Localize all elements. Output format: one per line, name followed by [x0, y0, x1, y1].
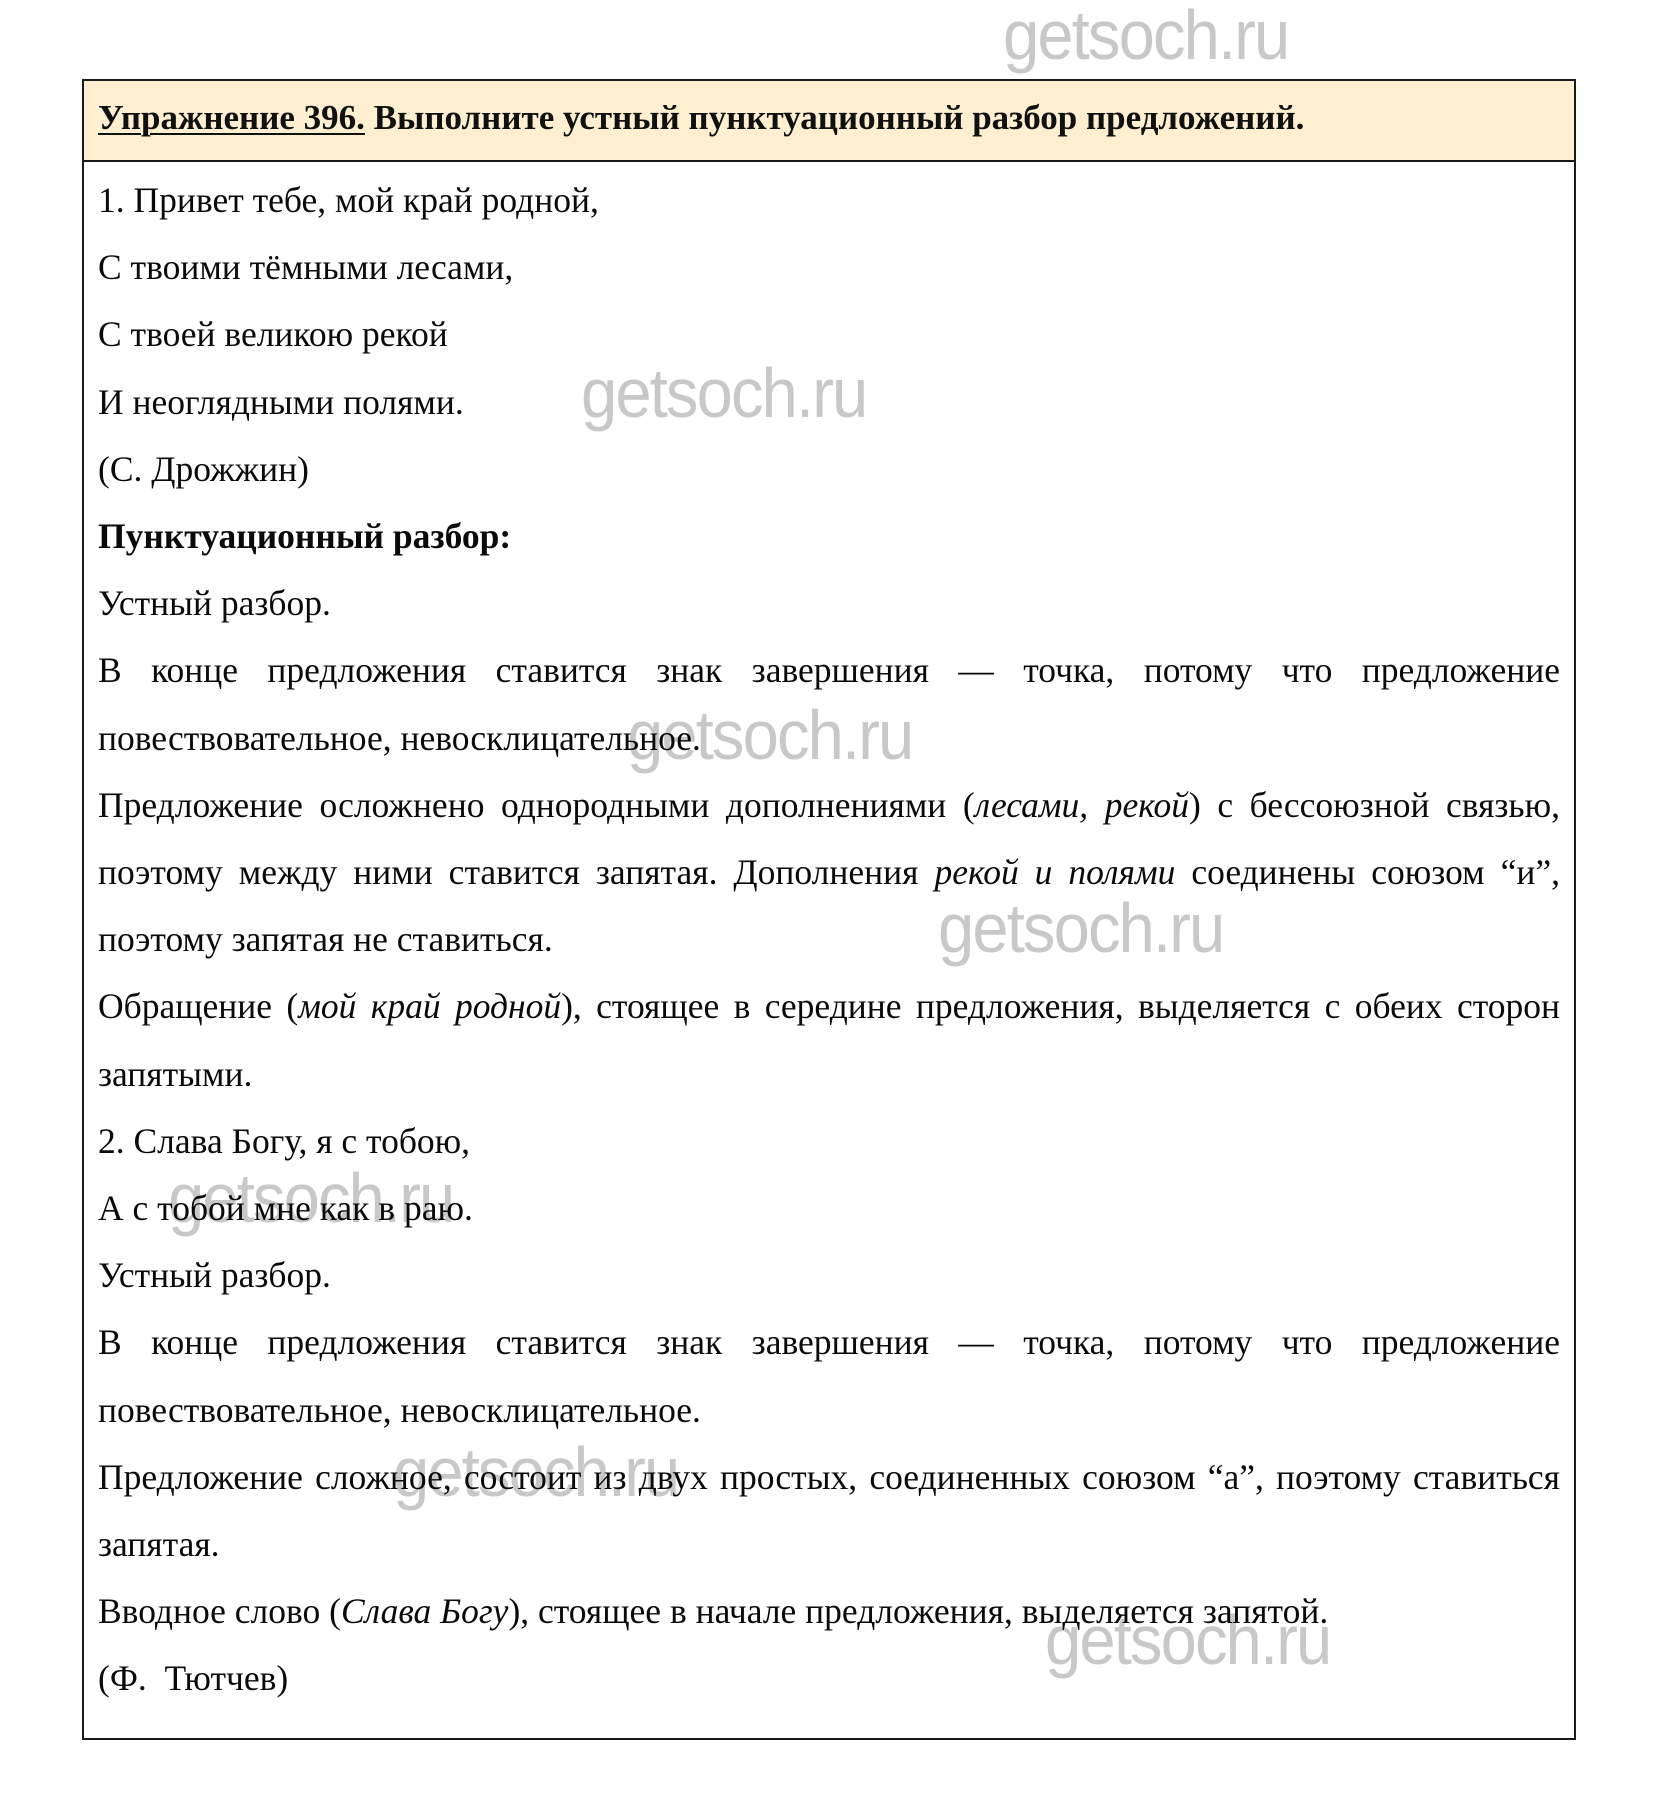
- exercise-card: Упражнение 396. Выполните устный пунктуа…: [82, 79, 1576, 1740]
- watermark: getsoch.ru: [1003, 0, 1288, 70]
- poem-line: С твоими тёмными лесами,: [98, 234, 1560, 301]
- italic-example: рекой и полями: [934, 852, 1175, 892]
- italic-example: лесами, рекой: [975, 785, 1189, 825]
- poem-author: (С. Дрожжин): [98, 436, 1560, 503]
- oral-analysis-label: Устный разбор.: [98, 1242, 1560, 1309]
- exercise-body: 1. Привет тебе, мой край родной, С твоим…: [84, 162, 1574, 1713]
- analysis-heading: Пунктуационный разбор:: [98, 503, 1560, 570]
- analysis-paragraph-end-mark: В конце предложения ставится знак заверш…: [98, 637, 1560, 771]
- oral-analysis-label: Устный разбор.: [98, 570, 1560, 637]
- poem-line: А с тобой мне как в раю.: [98, 1175, 1560, 1242]
- poem-line: И неоглядными полями.: [98, 369, 1560, 436]
- exercise-task: Выполните устный пунктуационный разбор п…: [365, 98, 1304, 137]
- analysis-paragraph-intro-word: Вводное слово (Слава Богу), стоящее в на…: [98, 1578, 1560, 1645]
- analysis-paragraph-homogeneous: Предложение осложнено однородными дополн…: [98, 772, 1560, 974]
- exercise-number: Упражнение 396.: [98, 98, 365, 137]
- poem-line: 1. Привет тебе, мой край родной,: [98, 167, 1560, 234]
- analysis-paragraph-end-mark: В конце предложения ставится знак заверш…: [98, 1309, 1560, 1443]
- poem-line: 2. Слава Богу, я с тобою,: [98, 1108, 1560, 1175]
- italic-example: мой край родной: [298, 986, 561, 1026]
- poem-line: С твоей великою рекой: [98, 301, 1560, 368]
- text-run: ), стоящее в начале предложения, выделяе…: [508, 1591, 1328, 1631]
- text-run: Вводное слово (: [98, 1591, 341, 1631]
- italic-example: Слава Богу: [341, 1591, 508, 1631]
- text-run: Обращение (: [98, 986, 298, 1026]
- text-run: Предложение осложнено однородными дополн…: [98, 785, 975, 825]
- analysis-paragraph-address: Обращение (мой край родной), стоящее в с…: [98, 973, 1560, 1107]
- analysis-paragraph-complex: Предложение сложное, состоит из двух про…: [98, 1444, 1560, 1578]
- poem-author: (Ф. Тютчев): [98, 1645, 1560, 1712]
- exercise-header: Упражнение 396. Выполните устный пунктуа…: [84, 81, 1574, 162]
